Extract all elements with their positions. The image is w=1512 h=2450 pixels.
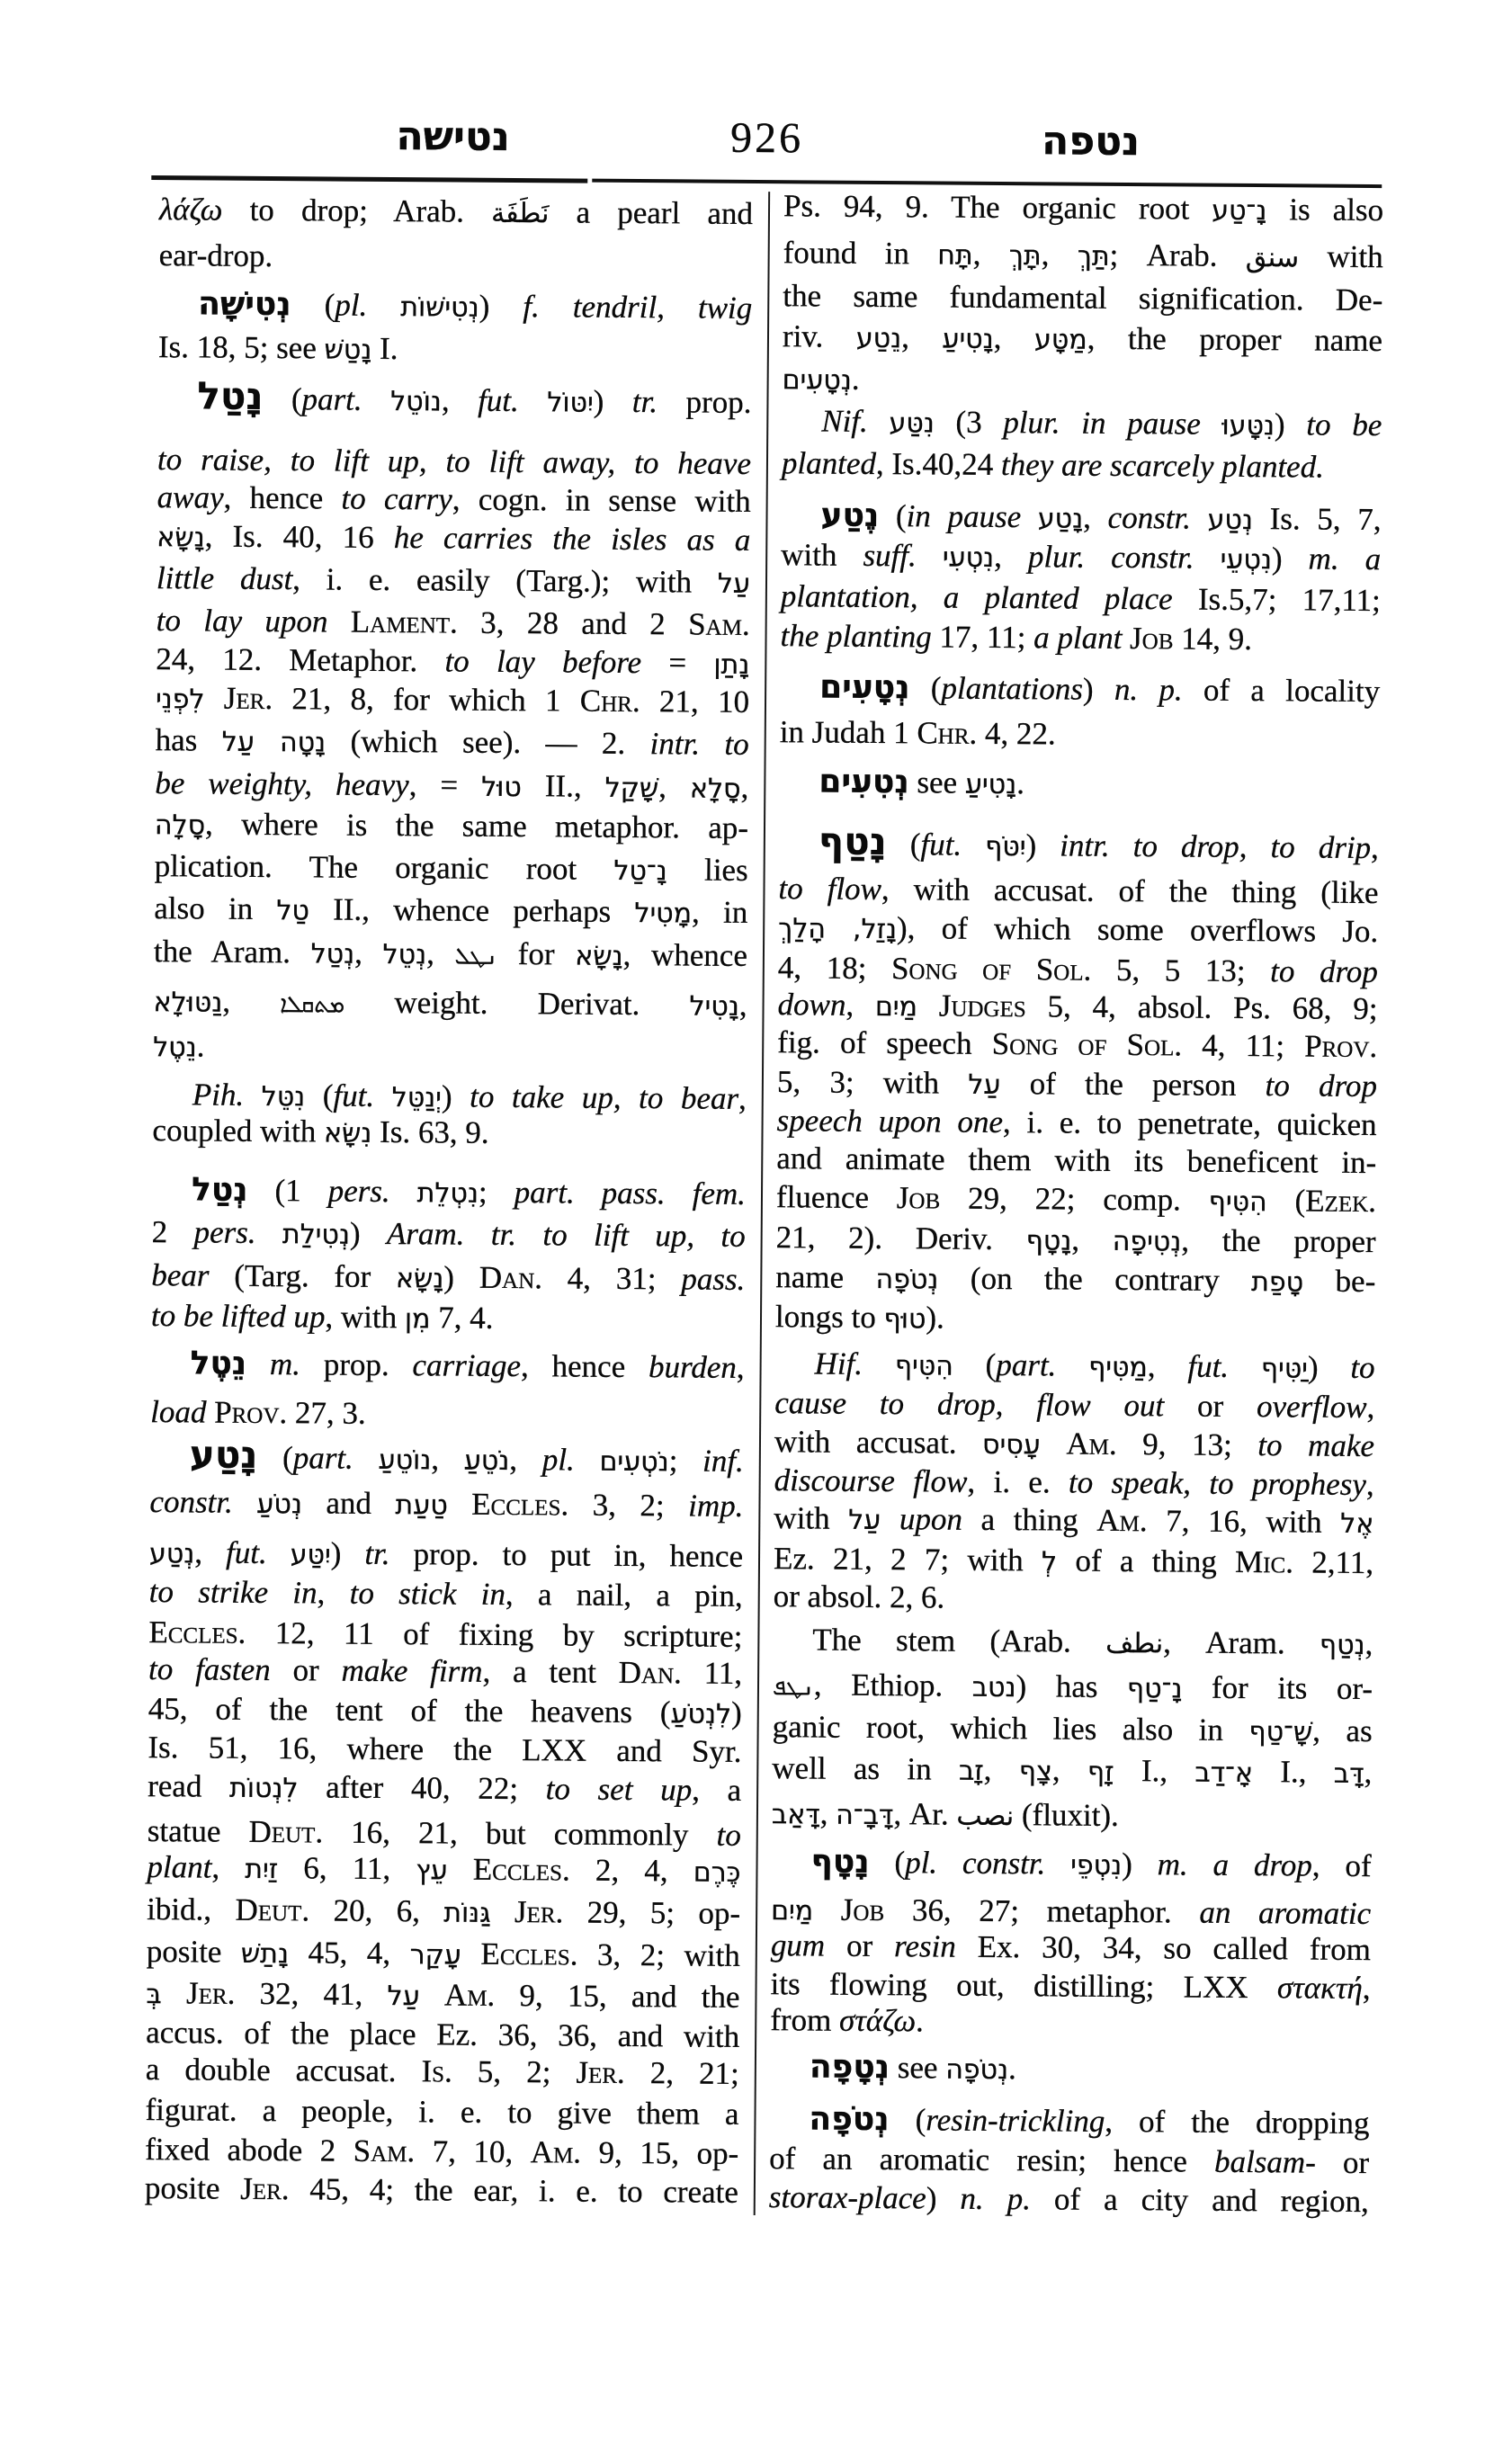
italic-text: n. p. (1114, 672, 1183, 708)
text-line: read לִנְטוֹת after 40, 22; to set up, a (148, 1766, 741, 1811)
text-line: נַטּוּלָא, ܡܬܩܠܐ weight. Derivat. נָטִיל… (153, 981, 747, 1025)
hebrew-word: נְטִיפָה (1113, 1226, 1182, 1258)
text-run: with (774, 1500, 848, 1536)
text-line: fixed abode 2 Sam. 7, 10, Am. 9, 15, op- (145, 2130, 738, 2174)
entry-first-line: נָטָף (pl. constr. נִטְפֵי) m. a drop, o… (771, 1842, 1371, 1886)
text-run (420, 1977, 445, 2012)
book-reference: Eccles. (471, 1487, 568, 1523)
text-run: , of (1312, 1848, 1372, 1883)
text-line: to fasten or make firm, a tent Dan. 11, (148, 1650, 742, 1694)
italic-text: to stick in (350, 1576, 506, 1612)
text-run: ) (1122, 1846, 1158, 1882)
text-run: , as (1312, 1713, 1373, 1748)
text-run: after 40, 22; (298, 1769, 546, 1806)
text-run: ) (331, 1536, 365, 1571)
text-run (813, 1891, 841, 1927)
book-reference: Deut. (248, 1814, 323, 1850)
text-run: , (1366, 1467, 1374, 1502)
text-line: plication. The organic root נָ־טַל lies (155, 846, 748, 890)
hebrew-word: מַטָּע (1034, 324, 1087, 355)
text-line: cause to drop, flow out or overflow, (774, 1383, 1374, 1427)
book-reference: Ezek. (1305, 1183, 1376, 1219)
hebrew-word: נָטָה עַל (222, 727, 327, 759)
hebrew-word: נָשָׂא (157, 522, 205, 553)
text-run: (1 (247, 1173, 327, 1209)
text-run: and (302, 1485, 396, 1521)
syriac-word: ܢܛܦ (773, 1674, 814, 1701)
text-line: posite נָתַשׁ 45, 4, עָקַר Eccles. 3, 2;… (147, 1932, 740, 1976)
text-run: I. (371, 331, 398, 366)
text-run: , (984, 1752, 1019, 1787)
hebrew-word: נִטַּע (889, 407, 935, 439)
text-run: , (211, 1850, 245, 1885)
text-line: has נָטָה עַל (which see). — 2. intr. to (156, 720, 749, 765)
hebrew-word: נְטִישׁוֹת (400, 291, 479, 324)
text-run: , a (692, 1772, 741, 1807)
hebrew-word: נוֹטֵל (390, 386, 442, 417)
text-run: ( (257, 1440, 293, 1475)
text-run: accus. of the place Ez. 36, 36, and with (146, 2015, 739, 2054)
hebrew-word: נִטָּעוּ (1221, 410, 1275, 442)
text-run: or (271, 1652, 342, 1688)
text-run: . (916, 2003, 924, 2038)
text-line: נְטָעִים. (783, 359, 1382, 403)
text-run: , (845, 988, 875, 1023)
text-run: 45, 4, (289, 1935, 410, 1971)
hebrew-word: טַעַת (395, 1489, 448, 1521)
italic-text: pl. constr. (905, 1845, 1070, 1881)
book-reference: Mic. (1235, 1544, 1293, 1579)
hebrew-word: עָקַר (410, 1939, 462, 1971)
book-reference: Jer. (514, 1894, 564, 1929)
text-run: , i. e. easily (Targ.); with (292, 561, 718, 599)
italic-text: to carry (341, 481, 452, 517)
text-line: with suff. נִטְעִי, plur. constr. נִטְעֵ… (781, 535, 1381, 579)
italic-text: Hif. (814, 1346, 895, 1381)
text-run: ( (305, 1077, 334, 1113)
text-run: from (770, 2002, 839, 2038)
italic-text: m. (270, 1346, 300, 1381)
book-reference: Am. (531, 2134, 582, 2169)
italic-text: pl. (335, 288, 400, 324)
text-line: 24, 12. Metaphor. to lay before = נָתַן (156, 639, 749, 684)
text-line: well as in זָב, צָף, זָף I., אָ־דַב I., … (772, 1748, 1372, 1793)
italic-text: in pause (907, 498, 1039, 534)
text-run: , (1083, 500, 1108, 535)
text-line: to flow, with accusat. of the thing (lik… (778, 869, 1378, 913)
italic-text: to be (1306, 407, 1382, 443)
text-run: , (737, 1350, 745, 1385)
text-run: ( (291, 287, 336, 322)
text-run: 2, 4, (570, 1853, 693, 1889)
italic-text: to (1350, 1350, 1375, 1385)
greek-word: λάζω (159, 192, 223, 228)
text-line: and animate them with its beneficent in- (776, 1139, 1376, 1183)
text-line: λάζω to drop; Arab. نَطَفَة a pearl and (159, 190, 753, 234)
hebrew-word: נִטְעִי (943, 542, 995, 574)
italic-text: down (777, 987, 845, 1023)
text-line: speech upon one, i. e. to penetrate, qui… (776, 1101, 1376, 1145)
headword: נְטֹפָה (809, 2100, 889, 2138)
italic-text: to make (1257, 1427, 1374, 1463)
book-reference: Eccles. (148, 1614, 246, 1650)
text-run: , (1042, 237, 1078, 272)
text-run: for its or- (1182, 1669, 1373, 1706)
text-line: 5, 3; with עַל of the person to drop (777, 1062, 1377, 1106)
text-run: of a thing (1057, 1542, 1235, 1578)
italic-text: to drop (1270, 953, 1378, 989)
text-run: 2,11, (1293, 1544, 1373, 1580)
italic-text: overflow (1257, 1389, 1367, 1425)
text-run: ; (669, 1443, 703, 1478)
root-headword: נָטַל (197, 373, 263, 418)
text-run: ( (1267, 1183, 1306, 1218)
text-line: 45, of the tent of the heavens (לִנְטֹעַ… (148, 1689, 742, 1733)
text-line: or absol. 2, 6. (774, 1577, 1373, 1621)
text-run (246, 1346, 270, 1381)
text-run: , with (325, 1299, 405, 1335)
text-run: , with accusat. of the thing (like (881, 872, 1379, 910)
text-run: 2 (152, 1214, 194, 1249)
text-run: longs to (775, 1299, 884, 1335)
text-run: , in (692, 894, 748, 929)
text-run: of a city and region, (1031, 2181, 1369, 2219)
text-run: ibid., (147, 1891, 236, 1927)
italic-text: upon (899, 1501, 962, 1537)
italic-text: f. tendril, twig (523, 289, 752, 326)
italic-text: speech upon one (776, 1103, 1003, 1140)
text-line: ܢܛܦ, Ethiop. נטב) has נָ־טַף for its or- (773, 1665, 1373, 1709)
text-run: 20, 6, (309, 1892, 443, 1928)
headword: נְטִישָׁה (198, 285, 291, 323)
text-run: 5, 5 13; (1091, 952, 1270, 988)
text-line: plantation, a planted place Is.5,7; 17,1… (781, 577, 1381, 621)
text-run: found in (783, 235, 938, 271)
text-run: (Targ. for (209, 1258, 396, 1295)
hebrew-word: נָטַשׁ (324, 334, 371, 365)
header-rule (151, 175, 587, 183)
hebrew-word: זַיִת (245, 1854, 278, 1885)
italic-text: storax-place (769, 2179, 926, 2215)
italic-text: fut. (920, 827, 985, 863)
hebrew-word: תָּךְ (1009, 240, 1042, 272)
hebrew-word: נֵטֶל (153, 1032, 197, 1063)
hebrew-word: נָתַשׁ (241, 1938, 289, 1970)
book-reference: Sam. (353, 2133, 416, 2169)
text-run: , (1363, 1971, 1371, 2006)
text-run: (which see). — 2. (326, 723, 650, 761)
text-run: 32, 41, (235, 1976, 388, 2012)
italic-text: plantations (941, 670, 1083, 706)
entry-first-line: נֵטֶל m. prop. carriage, hence burden, (150, 1344, 744, 1388)
hebrew-word: מַיִם (875, 991, 917, 1023)
entry-first-line: Hif. הִטִּיף (part. מַטִּיף, fut. יַטִּי… (774, 1344, 1374, 1388)
italic-text: tr. (632, 384, 658, 419)
text-run: , of the dropping (1105, 2104, 1369, 2141)
text-run (881, 1501, 899, 1536)
text-run: , (658, 769, 690, 804)
text-run: , where is the same metaphor. ap- (205, 807, 748, 845)
text-line: down, מַיִם Judges 5, 4, absol. Ps. 68, … (777, 985, 1377, 1029)
hebrew-word: דָּב (1334, 1758, 1364, 1790)
italic-text: Nif. (821, 404, 890, 440)
hebrew-word: נטב (972, 1672, 1016, 1703)
text-run: , (738, 1081, 747, 1116)
text-run: ( (909, 670, 941, 705)
text-run: 5, 2; (452, 2054, 577, 2090)
text-run: , (1148, 1348, 1188, 1383)
italic-text: plant (147, 1849, 211, 1885)
hebrew-word: אָ־דַב (1194, 1757, 1253, 1789)
italic-text: to (716, 1818, 741, 1853)
text-run: 9, 15, and the (495, 1978, 740, 2015)
italic-text: the planting (780, 618, 931, 654)
hebrew-word: נִטְפֵי (1070, 1850, 1122, 1882)
text-run: 9, 13; (1117, 1426, 1258, 1462)
italic-text: little dust (157, 560, 293, 596)
text-run (490, 1894, 514, 1929)
text-run: is also (1266, 192, 1383, 228)
hebrew-word: יִטּוֹל (547, 387, 594, 418)
text-run: a double accusat. (146, 2052, 422, 2088)
text-run: Ex. 30, 34, so called from (956, 1929, 1371, 1967)
text-run: 16, 21, but commonly (323, 1814, 717, 1852)
root-headword: נָטַע (190, 1432, 258, 1477)
hebrew-word: נָ־טַע (1212, 195, 1266, 227)
text-line: to strike in, to stick in, a nail, a pin… (149, 1572, 743, 1616)
text-line: ear-drop. (158, 236, 752, 280)
book-reference: Song of Sol. (992, 1026, 1183, 1063)
hebrew-word: נְטֹפָה (945, 2054, 1008, 2087)
text-run: ( (890, 2102, 926, 2137)
text-run: ) (731, 1695, 742, 1730)
italic-text: resin-trickling (926, 2102, 1105, 2138)
running-head-left: נטישה (385, 112, 520, 163)
text-run: . (1008, 2051, 1016, 2086)
headword: נְטָפָה (810, 2048, 890, 2086)
column-divider (754, 192, 770, 2215)
text-run: Is. 18, 5; see (158, 329, 325, 365)
text-run: 5, 4, absol. Ps. 68, 9; (1026, 988, 1378, 1026)
book-reference: Chr. (580, 684, 640, 719)
text-line: plant, זַיִת 6, 11, עֵץ Eccles. 2, 4, כֶ… (147, 1847, 740, 1891)
hebrew-word: אֶל (1340, 1508, 1373, 1540)
entry-first-line: נֶטַע (in pause נָטַע, constr. נְטַע Is.… (781, 496, 1381, 540)
text-run: ( (953, 1347, 997, 1382)
book-reference: Job (897, 1180, 941, 1215)
text-line: bear (Targ. for נָשָׂא) Dan. 4, 31; pass… (151, 1256, 745, 1300)
italic-text: to be lifted up (151, 1298, 326, 1334)
book-reference: Jer. (576, 2055, 625, 2090)
text-run: to drop; Arab. (222, 192, 491, 229)
entry-first-line: נְטַל (1 pers. נִטְלֵת; part. pass. fem. (152, 1170, 746, 1214)
text-run: with (781, 537, 863, 573)
hebrew-word: נִטְלֵת (417, 1177, 479, 1209)
text-run: 36, 27; metaphor. (884, 1892, 1199, 1930)
text-line: posite Jer. 45, 4; the ear, i. e. to cre… (145, 2168, 738, 2213)
hebrew-word: נְטֹעַ (256, 1489, 302, 1520)
text-run: , the proper name (1087, 321, 1383, 358)
text-run: , (739, 988, 747, 1023)
text-line: נְטַע, fut. יִטַּע) tr. prop. to put in,… (149, 1533, 743, 1577)
text-run: ). (926, 1300, 944, 1335)
text-run: coupled with (152, 1113, 324, 1149)
book-reference: Eccles. (473, 1852, 570, 1888)
text-run: ) has (1015, 1668, 1127, 1704)
text-run: , hence (223, 480, 341, 516)
text-run: ( (879, 498, 907, 533)
italic-text: make firm (341, 1653, 482, 1689)
italic-text: constr. (149, 1484, 256, 1520)
italic-text: pass. (681, 1261, 745, 1297)
text-run: ) (479, 289, 523, 324)
italic-text: to speak, to prophesy (1069, 1465, 1366, 1502)
text-run: or (1164, 1388, 1257, 1424)
hebrew-word: הִטִּיף (1209, 1186, 1267, 1218)
headword: נֵטֶל (190, 1345, 246, 1381)
text-run: , Is.40,24 (876, 446, 1001, 482)
text-run: well as in (772, 1750, 959, 1787)
text-line: נֵטֶל. (153, 1026, 747, 1070)
hebrew-word: נְטַע (1208, 505, 1254, 536)
text-line: ibid., Deut. 20, 6, גַּנּוֹת Jer. 29, 5;… (147, 1890, 740, 1934)
text-line: load Prov. 27, 3. (150, 1392, 744, 1436)
text-run: II., whence perhaps (309, 891, 635, 929)
text-run: 4, 31; (542, 1260, 682, 1296)
hebrew-word: טָפַת (1251, 1266, 1303, 1298)
italic-text: pl. (542, 1442, 600, 1477)
text-run: 4, 18; (778, 950, 891, 986)
text-line: gum or resin Ex. 30, 34, so called from (771, 1926, 1371, 1970)
text-line: לִפְנֵי Jer. 21, 8, for which 1 Chr. 21,… (156, 678, 749, 722)
text-run: Is. 51, 16, where the LXX and Syr. (148, 1730, 741, 1769)
text-run: plication. The organic root (155, 848, 614, 887)
italic-text: to lay before (444, 643, 641, 680)
text-line: be weighty, heavy, = טוּל II., שָׁקַל, ס… (155, 764, 748, 808)
text-run: ( (263, 381, 301, 416)
headword: נְטַל (192, 1171, 248, 1208)
text-line: סָלָה, where is the same metaphor. ap- (155, 804, 748, 848)
syriac-word: ܢܛܠ (454, 943, 497, 970)
italic-text: suff. (863, 538, 943, 574)
text-run: 21, 8, for which 1 (273, 681, 580, 719)
text-run: ) (442, 1078, 470, 1113)
hebrew-word: טַל (276, 895, 309, 926)
text-line: נָשָׂא, Is. 40, 16 he carries the isles … (157, 516, 750, 560)
text-run: , (442, 382, 479, 417)
italic-text: burden (649, 1349, 737, 1385)
text-line: the planting 17, 11; a plant Job 14, 9. (780, 616, 1380, 660)
text-run: ) (1308, 1350, 1351, 1385)
hebrew-word: נְטִילַת (282, 1219, 350, 1251)
hebrew-word: לִנְטֹעַ (670, 1698, 731, 1730)
book-reference: Prov. (1304, 1028, 1377, 1064)
text-run: 7, 10, (415, 2133, 531, 2169)
text-line: storax-place) n. p. of a city and region… (769, 2177, 1369, 2222)
italic-text: part. (301, 381, 390, 417)
text-run: its flowing out, distilling; LXX (770, 1966, 1277, 2005)
book-reference: Sam. (688, 606, 750, 642)
text-run: 3, 2; with (577, 1937, 740, 1973)
hebrew-word: נִטֵּל (262, 1081, 306, 1113)
text-run: 11, (682, 1655, 743, 1690)
headword: נְטָעִים (819, 669, 910, 707)
text-run: of the person (1000, 1066, 1265, 1103)
text-run: II., (522, 768, 605, 804)
book-reference: Job (841, 1892, 885, 1927)
hebrew-word: טוּף (883, 1303, 926, 1335)
book-reference: Prov. (214, 1395, 287, 1431)
text-run: posite (145, 2170, 241, 2206)
syriac-word: ܡܬܩܠܐ (280, 991, 344, 1019)
book-reference: Chr. (917, 715, 977, 750)
italic-text: imp. (688, 1488, 744, 1523)
book-reference: Dan. (619, 1655, 682, 1691)
text-run: ), of which some overflows Jo. (897, 910, 1378, 949)
text-line: to be lifted up, with מִן 7, 4. (151, 1296, 745, 1340)
text-line: longs to טוּף). (775, 1297, 1375, 1341)
text-run: for (497, 936, 576, 972)
entry-first-line: נְטֹפָה (resin-trickling, of the droppin… (769, 2099, 1369, 2143)
hebrew-word: נְטַף (1320, 1630, 1365, 1661)
text-run: , (973, 237, 1009, 272)
hebrew-word: שָׁקַל (605, 773, 659, 804)
hebrew-word: יִטַּע (291, 1539, 331, 1570)
headword: נָטָף (810, 1843, 869, 1880)
hebrew-word: עַל (718, 568, 750, 600)
text-line: figurat. a people, i. e. to give them a (145, 2090, 738, 2134)
italic-text: to take up, to bear (470, 1079, 738, 1116)
hebrew-word: תַּךְ (1078, 241, 1110, 273)
text-line: fluence Job 29, 22; comp. הִטִּיף (Ezek. (776, 1177, 1376, 1221)
text-line: away, hence to carry, cogn. in sense wit… (157, 478, 751, 522)
text-run: , (740, 770, 748, 805)
italic-text: away (157, 479, 224, 515)
book-reference: Am. (1096, 1503, 1148, 1538)
entry-first-line: נְטִישָׁה (pl. נְטִישׁוֹת) f. tendril, t… (158, 284, 752, 328)
text-run: (on the contrary (938, 1260, 1251, 1298)
text-run: fig. of speech (777, 1024, 992, 1061)
hebrew-word: נָטַע (1038, 503, 1084, 534)
hebrew-word: נָשָׂא (396, 1263, 444, 1294)
text-run (1041, 1426, 1067, 1461)
hebrew-word: נַטּוּלָא (153, 987, 222, 1019)
text-run: 5, 3; with (777, 1064, 969, 1101)
hebrew-word: מַטִּיף (1088, 1352, 1148, 1383)
text-run: , (994, 320, 1035, 355)
hebrew-word: נְטֵל (383, 939, 427, 970)
text-line: to raise, to lift up, to lift away, to h… (157, 440, 751, 484)
text-run: or absol. 2, 6. (774, 1578, 945, 1614)
text-run: be- (1303, 1263, 1375, 1299)
italic-text: planted (782, 445, 876, 481)
text-run: ( (869, 1845, 905, 1880)
text-run: Is. 5, 7, (1253, 501, 1382, 537)
text-run: , (1364, 1626, 1373, 1661)
italic-text: plantation, a planted place (781, 578, 1198, 616)
text-run: weight. Derivat. (344, 985, 690, 1023)
italic-text: to set up (546, 1771, 693, 1807)
italic-text: n. p. (960, 2181, 1031, 2217)
book-reference: Jer. (186, 1975, 236, 2010)
book-reference: Song of Sol. (891, 951, 1092, 988)
text-run: 29, 5; op- (563, 1894, 740, 1930)
hebrew-word: עֵץ (416, 1855, 448, 1886)
text-line: planted, Is.40,24 they are scarcely plan… (782, 443, 1382, 487)
text-run: , i. e. to penetrate, quicken (1003, 1104, 1377, 1142)
text-run: , Is. 40, 16 (205, 518, 394, 555)
hebrew-word: יְנַטֵּל (392, 1082, 442, 1113)
